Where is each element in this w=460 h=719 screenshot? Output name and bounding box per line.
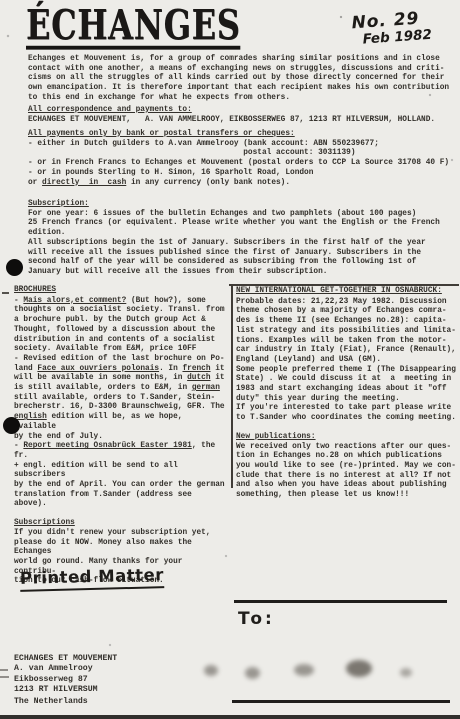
- column-divider-line: [231, 285, 233, 488]
- subscription-heading: Subscription:: [28, 200, 454, 210]
- masthead-title: ÉCHANGES: [26, 6, 241, 50]
- sender-address-lines: ECHANGES ET MOUVEMENT A. van Ammelrooy E…: [14, 654, 214, 696]
- intro-paragraph: Echanges et Mouvement is, for a group of…: [28, 55, 454, 104]
- to-label: To:: [238, 609, 275, 629]
- payments-cash-line: or directly in cash in any currency (onl…: [28, 179, 458, 189]
- left-column: BROCHURES - Mais alors,et comment? (But …: [14, 286, 228, 587]
- get-together-body: Probable dates: 21,22,23 May 1982. Discu…: [236, 298, 458, 424]
- ink-smudge-4: [346, 660, 372, 677]
- brochures-body: - Mais alors,et comment? (But how?), som…: [14, 297, 228, 510]
- correspondence-section: All correspondence and payments to: ECHA…: [28, 106, 454, 125]
- payments-section: All payments only by bank or postal tran…: [28, 130, 458, 188]
- ink-smudge-2: [245, 667, 260, 679]
- new-publications-body: We received only two reactions after our…: [236, 443, 458, 501]
- subscriptions-note-heading: Subscriptions: [14, 519, 228, 529]
- punch-hole-top: [6, 259, 23, 276]
- brochures-heading: BROCHURES: [14, 286, 228, 296]
- scan-edge-line: [0, 715, 460, 719]
- correspondence-heading: All correspondence and payments to:: [28, 106, 454, 116]
- edge-mark-2: [0, 676, 9, 678]
- margin-dash-mark: [2, 292, 9, 294]
- subscription-body: For one year: 6 issues of the bulletin E…: [28, 210, 454, 278]
- get-together-heading: NEW INTERNATIONAL GET-TOGETHER IN OSNABR…: [236, 287, 458, 297]
- edge-mark-1: [0, 669, 8, 671]
- punch-hole-bottom: [3, 417, 20, 434]
- subscription-section: Subscription: For one year: 6 issues of …: [28, 200, 454, 278]
- printed-matter-stamp: Printed Matter: [20, 567, 164, 590]
- issue-block: No. 29 Feb 1982: [351, 7, 448, 49]
- sender-country: The Netherlands: [14, 697, 214, 707]
- ink-smudge-3: [294, 664, 314, 676]
- ink-smudge-5: [400, 668, 412, 677]
- masthead: ÉCHANGES: [26, 6, 308, 51]
- address-box-bottom-line: [232, 700, 450, 703]
- ink-smudge-1: [204, 665, 218, 676]
- correspondence-address: ECHANGES ET MOUVEMENT, A. VAN AMMELROOY,…: [28, 116, 454, 126]
- new-publications-heading: New publications:: [236, 433, 458, 443]
- payments-body: - either in Dutch guilders to A.van Amme…: [28, 140, 458, 179]
- right-column: NEW INTERNATIONAL GET-TOGETHER IN OSNABR…: [236, 287, 458, 501]
- address-box-top-line: [234, 600, 447, 603]
- scanned-bulletin-page: ÉCHANGES No. 29 Feb 1982 Echanges et Mou…: [0, 0, 460, 719]
- printed-matter-label: Printed Matter: [20, 565, 164, 592]
- right-column-top-rule: [229, 284, 459, 286]
- payments-heading: All payments only by bank or postal tran…: [28, 130, 458, 140]
- sender-address-block: ECHANGES ET MOUVEMENT A. van Ammelrooy E…: [14, 654, 214, 708]
